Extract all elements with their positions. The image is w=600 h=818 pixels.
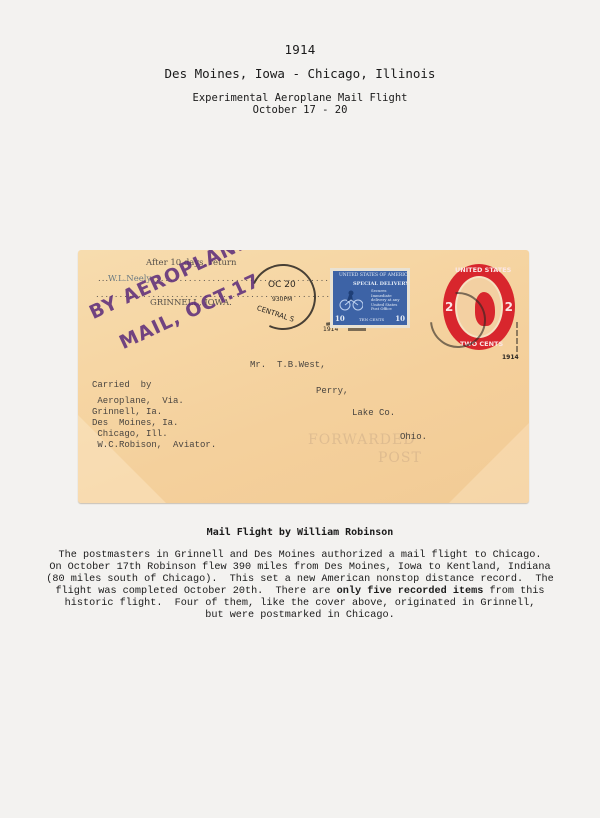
header-year: 1914 xyxy=(0,42,600,57)
stamp-top-text: UNITED STATES OF AMERICA xyxy=(339,273,407,278)
caption-line: On October 17th Robinson flew 390 miles … xyxy=(0,562,600,574)
caption-line: but were postmarked in Chicago. xyxy=(0,610,600,622)
carried-by-line: Grinnell, Ia. xyxy=(92,407,216,417)
stamp-denomination-right: 10 xyxy=(395,314,405,323)
postmark-date: OC 20 xyxy=(268,280,296,290)
stamp-top-text: UNITED STATES xyxy=(455,266,511,274)
stamp-inscription: Secures Immediate delivery at any United… xyxy=(371,289,403,312)
stamp-denomination-right: 2 xyxy=(505,300,513,314)
cancel-bar xyxy=(348,328,366,331)
bicycle-messenger-icon xyxy=(339,289,363,311)
caption-emphasis: only five recorded items xyxy=(337,586,484,597)
address-town: Perry, xyxy=(316,386,348,396)
ghost-post-stamp: POST xyxy=(378,450,422,466)
carried-by-line: Des Moines, Ia. xyxy=(92,418,216,428)
stamp-denomination-left: 10 xyxy=(335,314,345,323)
caption-body: The postmasters in Grinnell and Des Moin… xyxy=(0,550,600,622)
address-county: Lake Co. xyxy=(352,408,395,418)
caption-title: Mail Flight by William Robinson xyxy=(0,527,600,538)
carried-by-line: W.C.Robison, Aviator. xyxy=(92,440,216,450)
carried-by-line: Chicago, Ill. xyxy=(92,429,216,439)
address-state: Ohio. xyxy=(400,432,427,442)
paper-crease xyxy=(449,423,529,503)
caption-line: (80 miles south of Chicago). This set a … xyxy=(0,574,600,586)
header-subtitle: Experimental Aeroplane Mail Flight xyxy=(0,92,600,104)
postal-cover: After 10 days, return .... W.L.Neely ...… xyxy=(78,250,529,503)
caption-line: historic flight. Four of them, like the … xyxy=(0,598,600,610)
stamp-label: SPECIAL DELIVERY xyxy=(353,281,407,287)
stamp-bottom-text: TEN CENTS xyxy=(359,317,384,322)
caption-line: flight was completed October 20th. There… xyxy=(0,586,600,598)
caption-line: The postmasters in Grinnell and Des Moin… xyxy=(0,550,600,562)
cancel-bar xyxy=(516,322,528,352)
postmark-time: 930PM xyxy=(272,296,292,303)
carried-by-block: Carried by Aeroplane, Via. Grinnell, Ia.… xyxy=(92,380,216,450)
address-name: Mr. T.B.West, xyxy=(250,360,326,370)
header-dates: October 17 - 20 xyxy=(0,104,600,116)
header-route: Des Moines, Iowa - Chicago, Illinois xyxy=(0,66,600,81)
carried-by-line: Carried by xyxy=(92,380,216,390)
carried-by-line: Aeroplane, Via. xyxy=(92,396,216,406)
postmark-year-right: 1914 xyxy=(502,354,519,361)
special-delivery-stamp: UNITED STATES OF AMERICA SPECIAL DELIVER… xyxy=(330,268,410,328)
